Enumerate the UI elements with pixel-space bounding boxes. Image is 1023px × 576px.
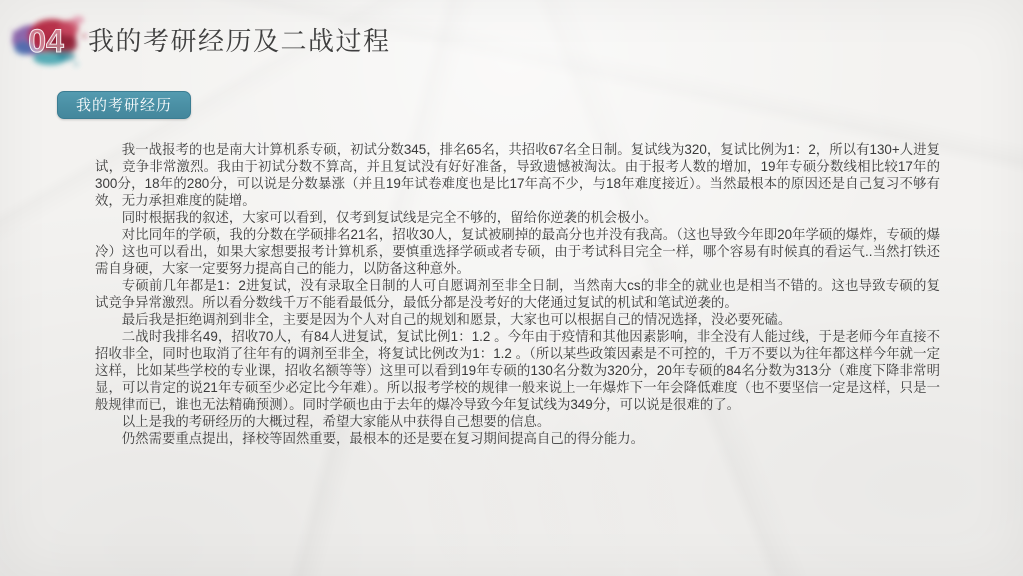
- section-badge: 我的考研经历: [57, 91, 191, 119]
- watercolor-splash-icon: 04: [6, 6, 94, 74]
- paragraph: 仍然需要重点提出，择校等固然重要，最根本的还是要在复习期间提高自己的得分能力。: [95, 430, 940, 447]
- slide-header: 04 我的考研经历及二战过程: [0, 0, 1023, 80]
- section-badge-label: 我的考研经历: [76, 97, 172, 114]
- page-title: 我的考研经历及二战过程: [88, 21, 391, 58]
- slide: 04 我的考研经历及二战过程 我的考研经历 我一战报考的也是南大计算机系专硕，初…: [0, 0, 1023, 576]
- paragraph: 同时根据我的叙述，大家可以看到，仅考到复试线是完全不够的，留给你逆袭的机会极小。: [95, 209, 940, 226]
- paragraph: 以上是我的考研经历的大概过程，希望大家能从中获得自己想要的信息。: [95, 413, 940, 430]
- paragraph: 我一战报考的也是南大计算机系专硕，初试分数345，排名65名，共招收67名全日制…: [95, 141, 940, 209]
- experience-text: 我一战报考的也是南大计算机系专硕，初试分数345，排名65名，共招收67名全日制…: [95, 141, 940, 447]
- section-number-icon: 04: [6, 6, 94, 74]
- paragraph: 专硕前几年都是1：2进复试，没有录取全日制的人可自愿调剂至非全日制，当然南大cs…: [95, 277, 940, 311]
- section-number: 04: [28, 23, 64, 59]
- paragraph: 对比同年的学硕，我的分数在学硕排名21名，招收30人，复试被刷掉的最高分也并没有…: [95, 226, 940, 277]
- paragraph: 最后我是拒绝调剂到非全，主要是因为个人对自己的规划和愿景，大家也可以根据自己的情…: [95, 311, 940, 328]
- paragraph: 二战时我排名49，招收70人，有84人进复试，复试比例1：1.2 。今年由于疫情…: [95, 328, 940, 413]
